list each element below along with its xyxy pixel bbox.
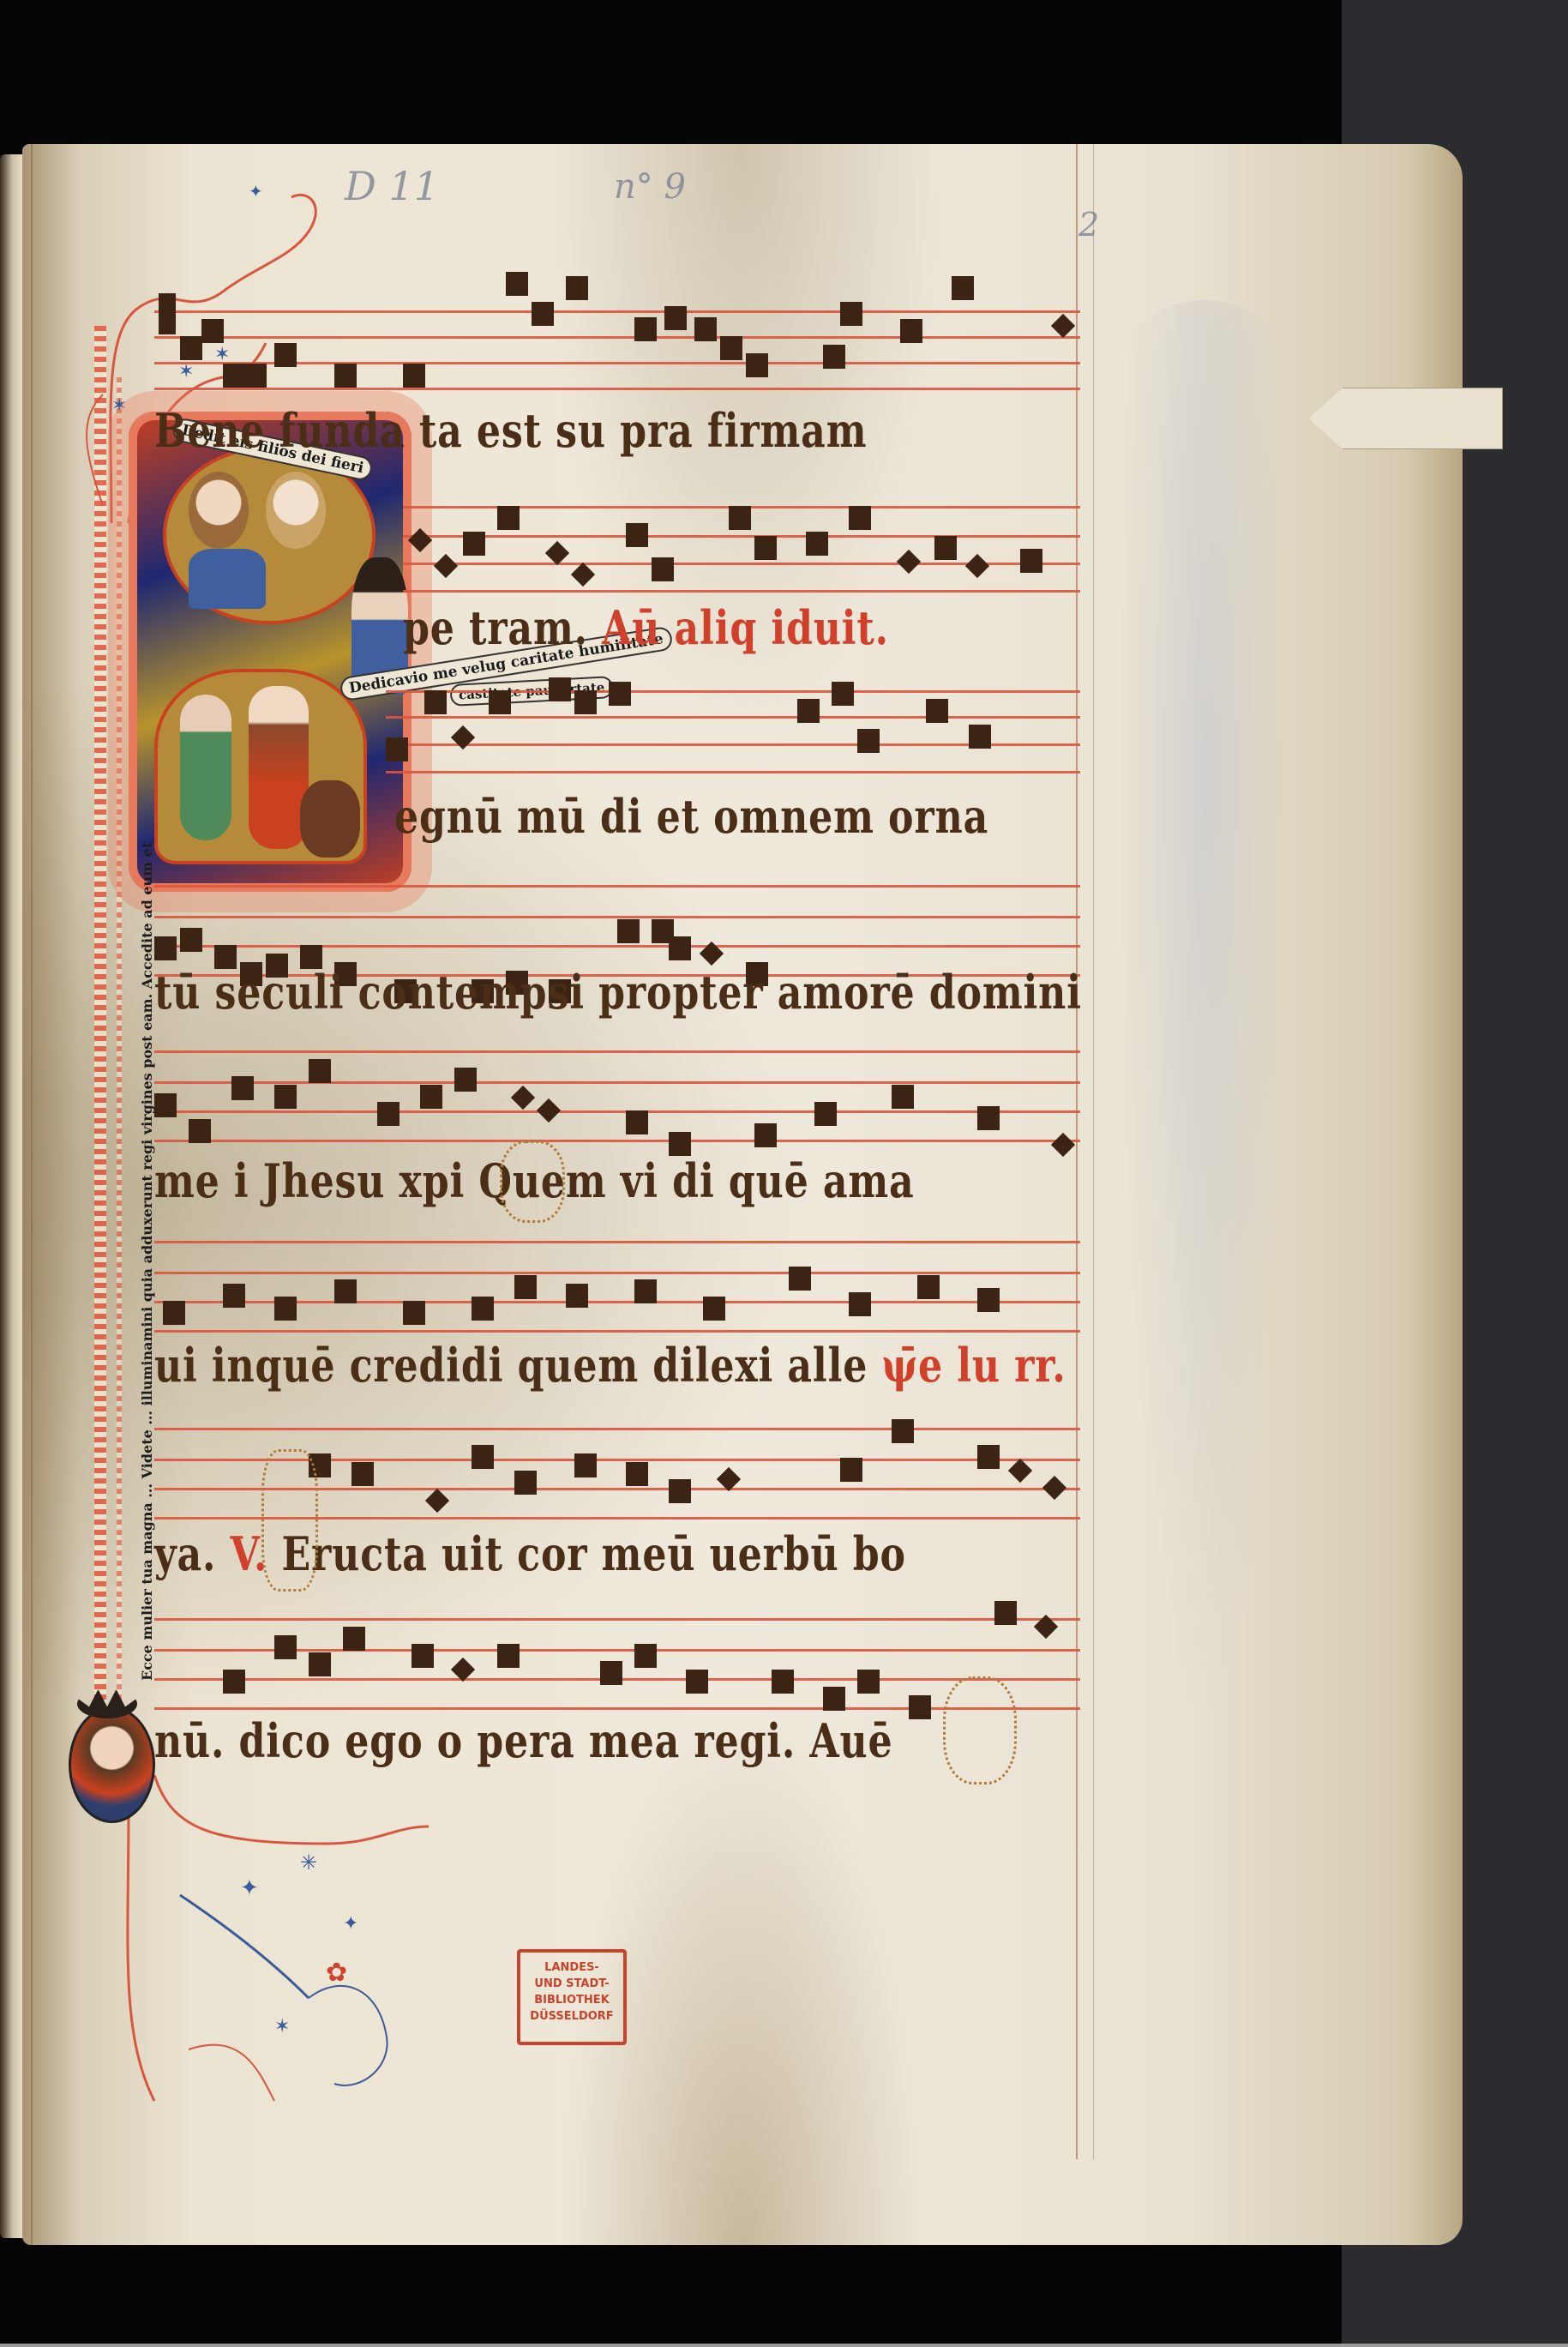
figure-christ <box>189 472 249 549</box>
figure-saint-green <box>180 695 231 840</box>
decorated-initial-E <box>261 1449 318 1592</box>
staff-6 <box>154 1241 1080 1323</box>
lyric-text-cont: Eructa uit cor meū uerbū bo <box>281 1526 905 1581</box>
decorated-initial-Q <box>500 1140 565 1223</box>
staff-5 <box>154 1050 1080 1133</box>
pencil-number: n° 9 <box>614 167 686 207</box>
ink-offset-ghost <box>1106 300 1303 1887</box>
staff-8 <box>154 1618 1080 1700</box>
stamp-line: LANDES- <box>520 1959 623 1976</box>
border-vine <box>94 326 106 1741</box>
svg-text:✶: ✶ <box>274 2016 290 2037</box>
lyric-text: pe tram. <box>403 600 588 655</box>
bottom-flourish-icon: ✦ ✳ ✿ ✶ ✦ <box>103 1775 429 2135</box>
lyric-line-8: nū. dico ego o pera mea regi. Auē <box>154 1713 928 1768</box>
svg-text:✳: ✳ <box>300 1851 317 1875</box>
lyric-text: ya. <box>154 1526 231 1581</box>
figure-kneeling-donor <box>300 780 360 858</box>
bottom-edge-strip <box>0 2344 1568 2347</box>
staff-2 <box>403 506 1080 588</box>
rubric-text: ψ̄e lu rr. <box>881 1338 1066 1393</box>
clef-c-icon <box>159 293 176 334</box>
svg-text:✶: ✶ <box>111 395 127 417</box>
lyric-line-1: Bene funda ta est su pra firmam <box>154 403 928 458</box>
lyric-line-4: tū seculi contempsi propter amorē domini <box>154 965 928 1020</box>
decorated-initial-A <box>943 1676 1017 1784</box>
stamp-line: DÜSSELDORF <box>520 2008 623 2025</box>
border-vine-inner <box>117 377 122 1715</box>
figure-christ-robe <box>189 549 266 609</box>
staff-4 <box>154 885 1080 967</box>
lyric-text: ui inquē credidi quem dilexi alle <box>154 1338 868 1393</box>
ruling-line-right <box>1076 144 1078 2159</box>
rubric-text: Aū aliq iduit. <box>602 600 889 655</box>
staff-1 <box>154 310 1080 393</box>
vertical-margin-inscription: Ecce mulier tua magna ... Videte ... ill… <box>139 842 155 1681</box>
lyric-line-2: pe tram. Aū aliq iduit. <box>403 600 1176 655</box>
svg-text:✦: ✦ <box>240 1875 259 1901</box>
stamp-line: BIBLIOTHEK <box>520 1992 623 2008</box>
ruling-line-right-2 <box>1093 144 1094 2159</box>
figure-virgin <box>266 472 326 549</box>
pencil-folio: 2 <box>1078 206 1099 244</box>
border-medallion-king <box>69 1706 155 1823</box>
lyric-line-6: ui inquē credidi quem dilexi alle ψ̄e lu… <box>154 1338 928 1393</box>
svg-text:✿: ✿ <box>326 1958 347 1988</box>
library-ownership-stamp: LANDES- UND STADT- BIBLIOTHEK DÜSSELDORF <box>517 1949 627 2045</box>
lyric-line-3: egnū mū di et omnem orna <box>394 789 1168 844</box>
staff-3 <box>386 690 1080 773</box>
svg-text:✦: ✦ <box>343 1913 358 1935</box>
parchment-index-tab[interactable] <box>1308 388 1503 449</box>
gutter-shadow <box>31 144 33 2245</box>
stamp-line: UND STADT- <box>520 1976 623 1992</box>
svg-text:✦: ✦ <box>249 181 263 202</box>
